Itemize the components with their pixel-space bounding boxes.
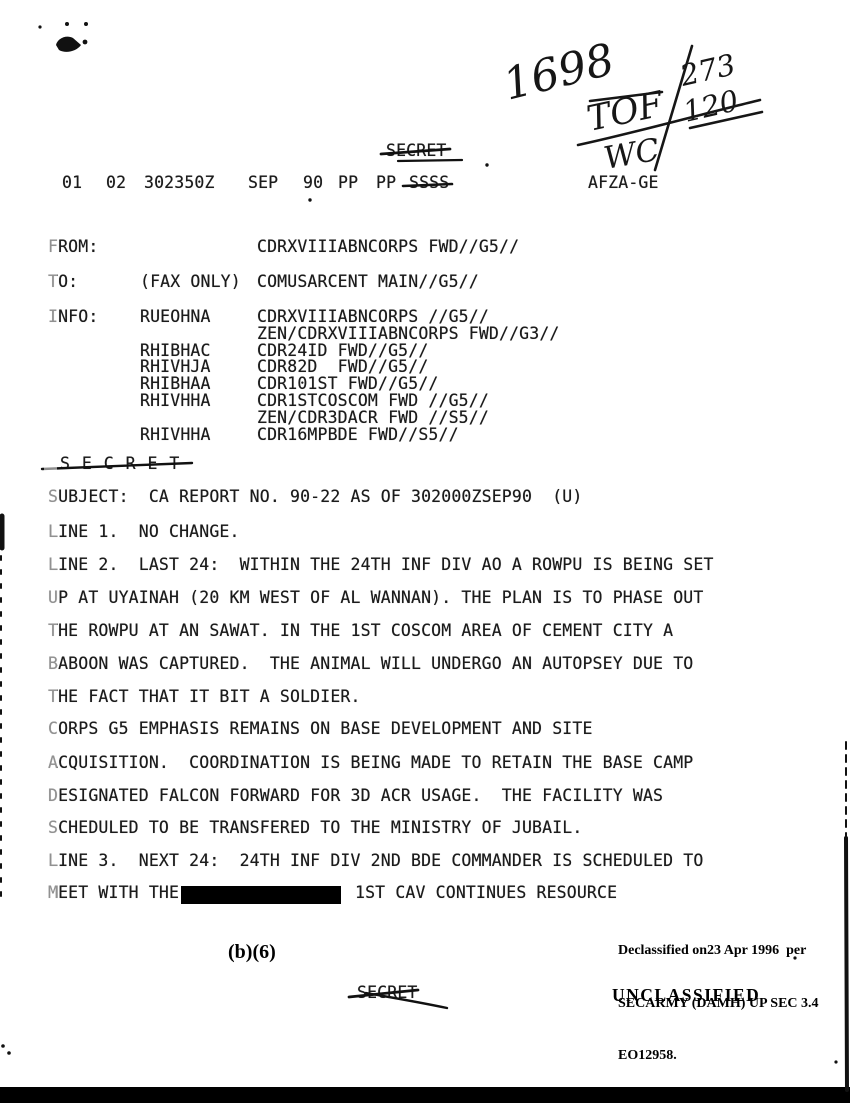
handwritten-initials: WC — [601, 132, 662, 177]
body-line: LINE 1. NO CHANGE. — [48, 523, 240, 541]
body-line-redacted-suffix: 1ST CAV CONTINUES RESOURCE — [355, 884, 617, 902]
classification-marking-top: SECRET — [386, 142, 447, 160]
header-token: 01 — [62, 174, 82, 192]
body-line: CORPS G5 EMPHASIS REMAINS ON BASE DEVELO… — [48, 720, 593, 738]
handwritten-number: 1698 — [498, 38, 619, 111]
declassification-stamp-line: EO12958. — [618, 1047, 819, 1065]
right-edge-line — [846, 838, 847, 1090]
underline-secret-top — [398, 160, 462, 161]
handwritten-number: 273 — [676, 47, 739, 93]
header-token-struck: SSSS — [409, 174, 449, 192]
handwritten-number: 120 — [680, 83, 742, 129]
handwritten-strokes — [578, 46, 762, 170]
unclassified-stamp: UNCLASSIFIED — [612, 985, 760, 1006]
classification-marking-bottom: SECRET — [357, 984, 418, 1002]
to-value: COMUSARCENT MAIN//G5// — [257, 273, 479, 291]
body-line-redacted-prefix: MEET WITH THE — [48, 884, 179, 902]
body-line: THE ROWPU AT AN SAWAT. IN THE 1ST COSCOM… — [48, 622, 673, 640]
handwritten-initials: TOF — [584, 84, 669, 139]
body-line: LINE 3. NEXT 24: 24TH INF DIV 2ND BDE CO… — [48, 852, 703, 870]
office-symbol: AFZA-GE — [588, 174, 659, 192]
body-line: DESIGNATED FALCON FORWARD FOR 3D ACR USA… — [48, 787, 663, 805]
foia-exemption-code: (b)(6) — [228, 941, 276, 964]
header-token: 02 — [106, 174, 126, 192]
body-line: THE FACT THAT IT BIT A SOLDIER. — [48, 688, 361, 706]
from-value: CDRXVIIIABNCORPS FWD//G5// — [257, 238, 519, 256]
to-qualifier: (FAX ONLY) — [140, 273, 241, 291]
body-line: BABOON WAS CAPTURED. THE ANIMAL WILL UND… — [48, 655, 693, 673]
bottom-scan-bar — [0, 1087, 850, 1103]
info-routing-code: RUEOHNA — [140, 308, 211, 326]
header-token-year: 90 — [303, 174, 323, 192]
ink-blob — [56, 37, 81, 52]
subject-line: SUBJECT: CA REPORT NO. 90-22 AS OF 30200… — [48, 488, 582, 506]
info-routing-code: RHIVHHA — [140, 392, 211, 410]
info-routing-code: RHIVHHA — [140, 426, 211, 444]
scan-fade-artifact — [44, 238, 57, 912]
document-page: 1698 273 120 TOF WC SECRET 01 02 302350Z… — [0, 0, 850, 1103]
classification-marking-spaced: S E C R E T — [60, 455, 180, 473]
body-line: ACQUISITION. COORDINATION IS BEING MADE … — [48, 754, 693, 772]
header-token-dtg: 302350Z — [144, 174, 215, 192]
handwritten-annotation: 1698 273 120 TOF WC — [470, 38, 780, 183]
body-line: SCHEDULED TO BE TRANSFERED TO THE MINIST… — [48, 819, 582, 837]
redaction-bar — [181, 886, 341, 904]
info-addressee: CDR16MPBDE FWD//S5// — [257, 426, 459, 444]
body-line: UP AT UYAINAH (20 KM WEST OF AL WANNAN).… — [48, 589, 703, 607]
declassification-stamp-line: Declassified on23 Apr 1996 per — [618, 942, 819, 960]
body-line: LINE 2. LAST 24: WITHIN THE 24TH INF DIV… — [48, 556, 714, 574]
header-token-precedence: PP — [376, 174, 396, 192]
header-token-precedence: PP — [338, 174, 358, 192]
header-token-month: SEP — [248, 174, 278, 192]
